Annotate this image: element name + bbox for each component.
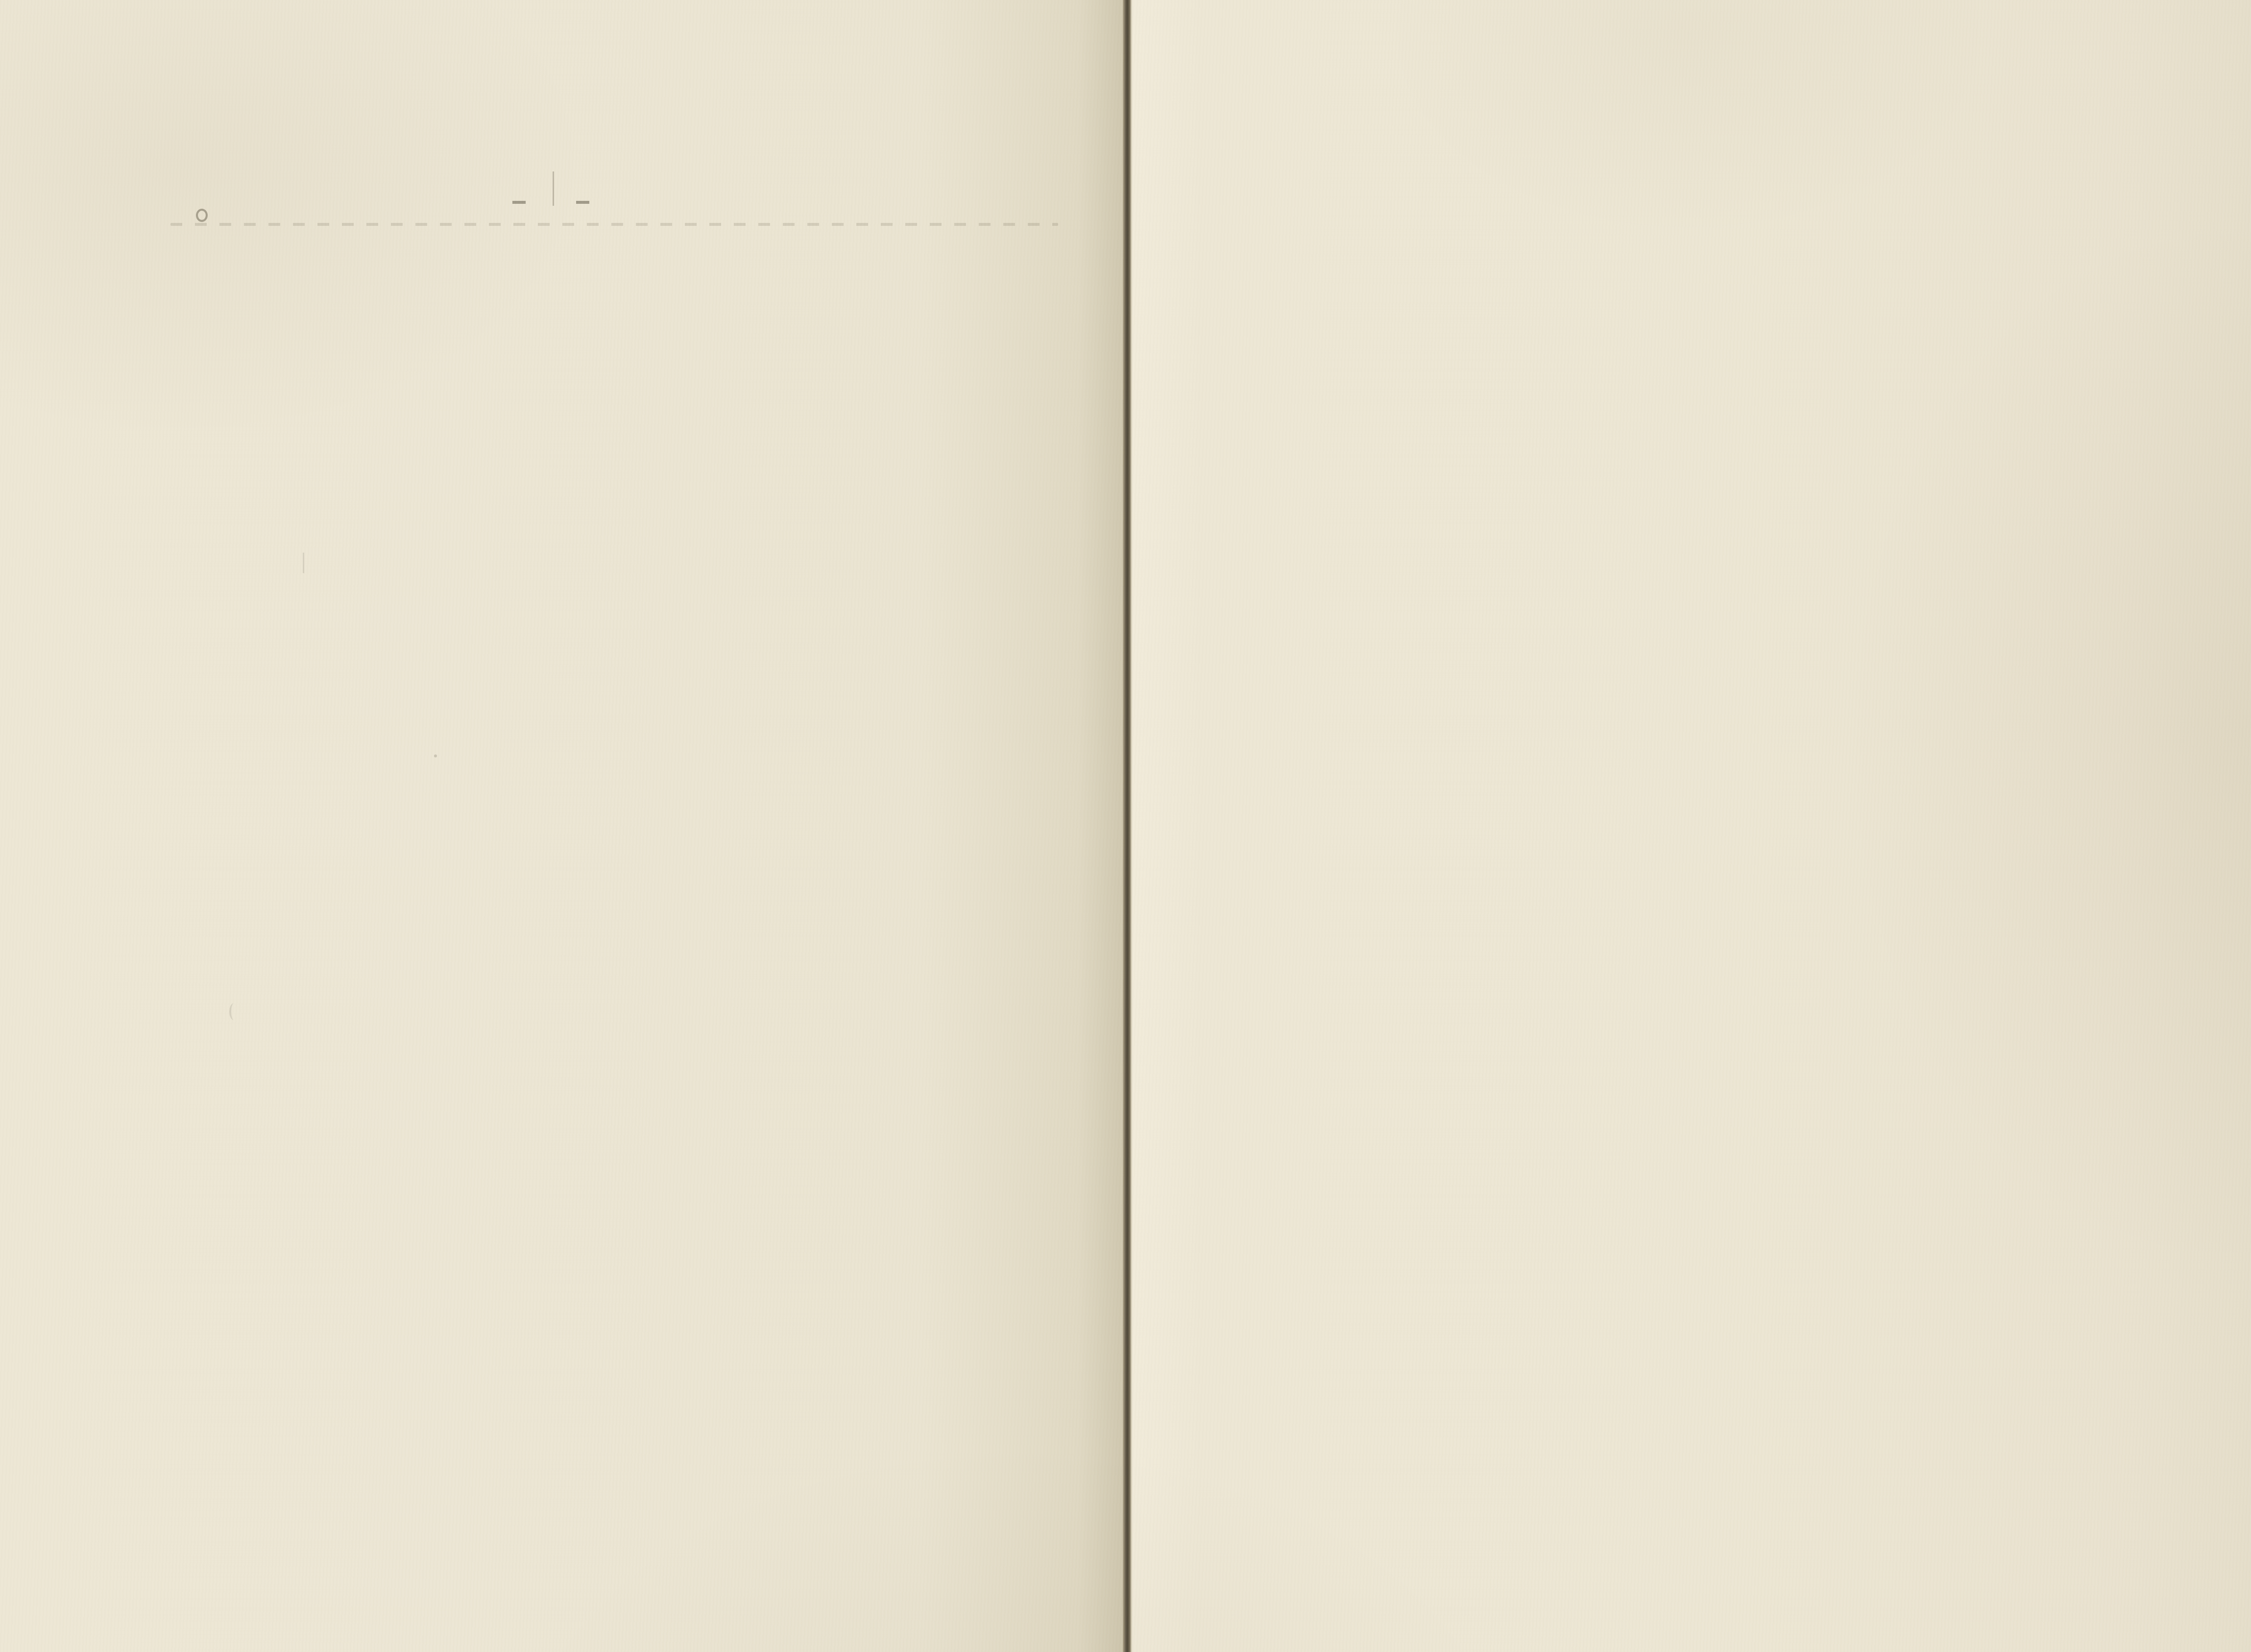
- scanned-book-spread: - 11 - Rok 1922 kartón č. 1 438 Komunist…: [0, 0, 2251, 1652]
- left-page: [0, 0, 1123, 1652]
- ink-speck: [196, 209, 208, 222]
- bleedthrough-stroke: [553, 171, 554, 206]
- bleedthrough-dash: [512, 201, 526, 204]
- paper-speck: [303, 553, 304, 573]
- right-page: - 11 - Rok 1922 kartón č. 1 438 Komunist…: [1133, 0, 2251, 1652]
- left-page-bleedthrough-dashline: [170, 223, 1058, 226]
- paper-speck: [434, 754, 437, 757]
- paper-speck: [229, 1003, 238, 1020]
- book-gutter: [1123, 0, 1133, 1652]
- bleedthrough-dash: [576, 201, 589, 204]
